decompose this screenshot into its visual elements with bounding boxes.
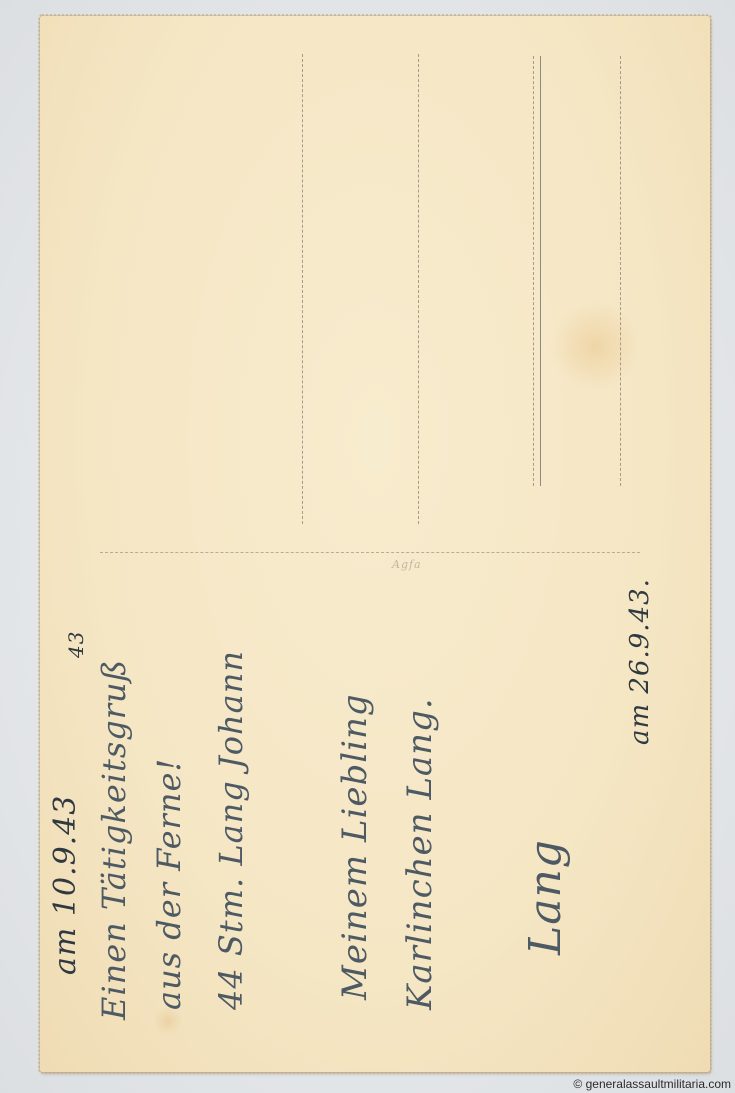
message-line-5: Karlinchen Lang. [400,697,440,1010]
message-line-4: Meinem Liebling [335,693,375,1000]
signature: Lang [520,839,571,955]
message-line-2: aus der Ferne! [150,758,188,1010]
date-right: am 26.9.43. [625,578,655,745]
copyright-watermark: © generalassaultmilitaria.com [573,1077,731,1091]
handwriting: am 10.9.43 43 Einen Tätigkeitsgruß aus d… [0,0,735,1093]
message-line-1: Einen Tätigkeitsgruß [95,659,133,1020]
message-line-3: 44 Stm. Lang Johann [212,650,250,1010]
date-left: am 10.9.43 [48,795,83,975]
year-note: 43 [64,631,88,658]
